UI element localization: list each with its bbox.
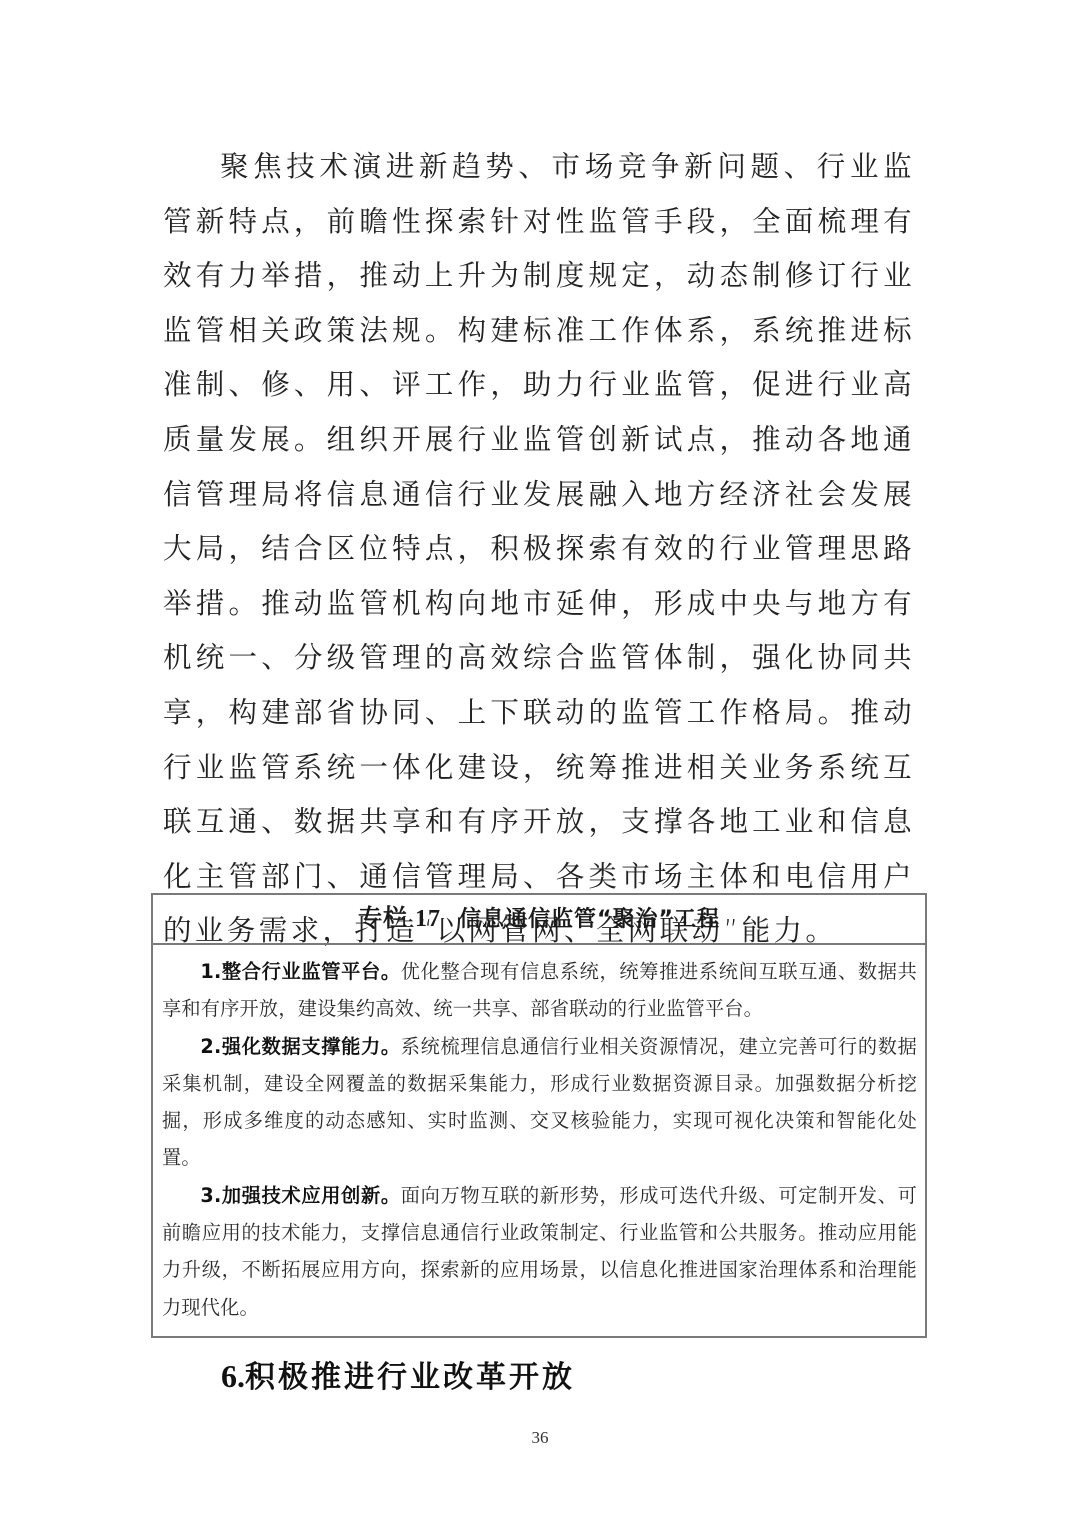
- body-paragraph-block: 聚焦技术演进新趋势、市场竞争新问题、行业监管新特点，前瞻性探索针对性监管手段，全…: [163, 140, 915, 959]
- page-number: 36: [528, 1428, 552, 1448]
- section-heading-text: 积极推进行业改革开放: [245, 1360, 575, 1395]
- box-title-label: 专栏 17: [358, 906, 441, 932]
- box-item-3: 3.加强技术应用创新。面向万物互联的新形势，形成可迭代升级、可定制开发、可前瞻应…: [162, 1177, 917, 1326]
- section-heading: 6.积极推进行业改革开放: [221, 1352, 575, 1396]
- body-paragraph: 聚焦技术演进新趋势、市场竞争新问题、行业监管新特点，前瞻性探索针对性监管手段，全…: [163, 140, 915, 959]
- section-heading-number: 6.: [221, 1358, 245, 1394]
- box-title-text: 信息通信监管“聚治”工程: [459, 907, 720, 932]
- box-item-1-heading: 1.整合行业监管平台。: [200, 960, 400, 983]
- box-body: 1.整合行业监管平台。优化整合现有信息系统，统筹推进系统间互联互通、数据共享和有…: [153, 945, 925, 1326]
- box-item-2: 2.强化数据支撑能力。系统梳理信息通信行业相关资源情况，建立完善可行的数据采集机…: [162, 1028, 917, 1177]
- box-title: 专栏 17信息通信监管“聚治”工程: [153, 895, 925, 945]
- box-item-3-heading: 3.加强技术应用创新。: [200, 1184, 400, 1207]
- box-item-1: 1.整合行业监管平台。优化整合现有信息系统，统筹推进系统间互联互通、数据共享和有…: [162, 953, 917, 1028]
- special-column-box: 专栏 17信息通信监管“聚治”工程 1.整合行业监管平台。优化整合现有信息系统，…: [151, 893, 927, 1338]
- box-item-2-heading: 2.强化数据支撑能力。: [200, 1035, 400, 1058]
